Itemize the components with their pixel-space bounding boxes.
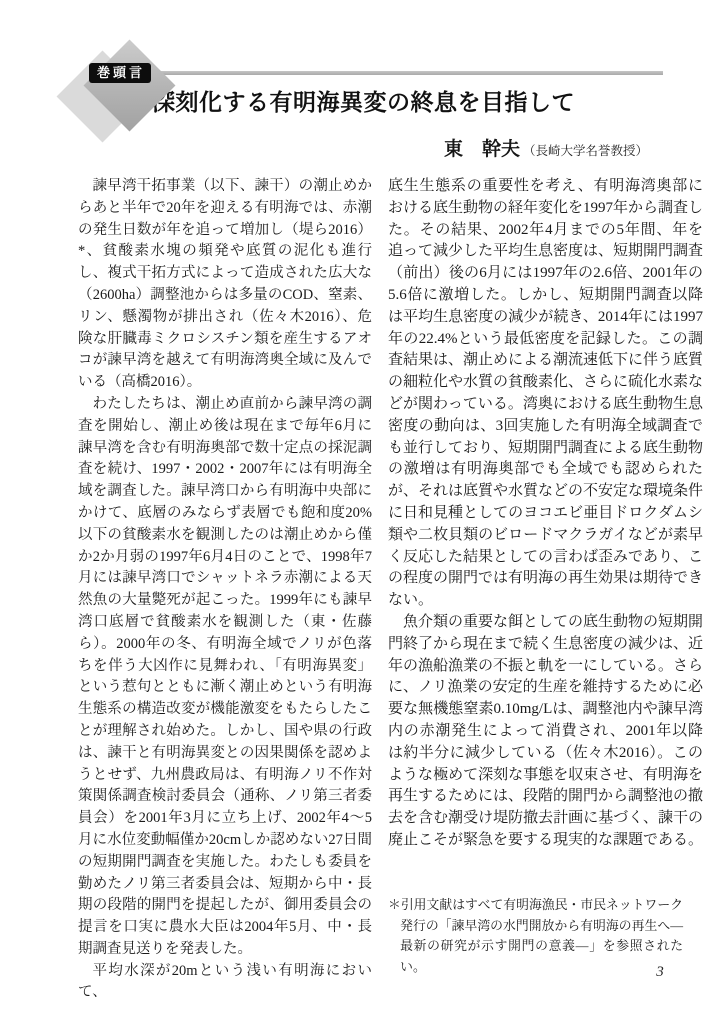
footnote-marker: ＊ (388, 898, 401, 912)
paragraph: 魚介類の重要な餌としての底生動物の短期開門終了から現在まで続く生息密度の減少は、… (388, 612, 703, 852)
author-name: 東 幹夫 (444, 139, 520, 160)
paragraph: 平均水深が20mという浅い有明海において、 (78, 961, 372, 1005)
header-rule (143, 71, 663, 75)
right-column: 底生生態系の重要性を考え、有明海湾奥部における底生動物の経年変化を1997年から… (388, 176, 703, 852)
footnote-text: ＊引用文献はすべて有明海漁民・市民ネットワーク発行の「諫早湾の水門開放から有明海… (388, 895, 683, 977)
paragraph: 諫早湾干拓事業（以下、諫干）の潮止めからあと半年で20年を迎える有明海では、赤潮… (78, 176, 372, 394)
paragraph: わたしたちは、潮止め直前から諫早湾の調査を開始し、潮止め後は現在まで毎年6月に諫… (78, 394, 372, 961)
byline: 東 幹夫（長崎大学名誉教授） (444, 134, 648, 161)
footnote: ＊引用文献はすべて有明海漁民・市民ネットワーク発行の「諫早湾の水門開放から有明海… (388, 895, 683, 977)
left-column: 諫早湾干拓事業（以下、諫干）の潮止めからあと半年で20年を迎える有明海では、赤潮… (78, 176, 372, 1004)
document-page: 巻頭言 深刻化する有明海異変の終息を目指して 東 幹夫（長崎大学名誉教授） 諫早… (0, 0, 725, 1024)
paragraph: 底生生態系の重要性を考え、有明海湾奥部における底生動物の経年変化を1997年から… (388, 176, 703, 612)
page-title: 深刻化する有明海異変の終息を目指して (152, 84, 575, 117)
kicker-badge: 巻頭言 (89, 63, 151, 83)
author-affiliation: （長崎大学名誉教授） (523, 144, 648, 158)
page-number: 3 (650, 964, 670, 981)
